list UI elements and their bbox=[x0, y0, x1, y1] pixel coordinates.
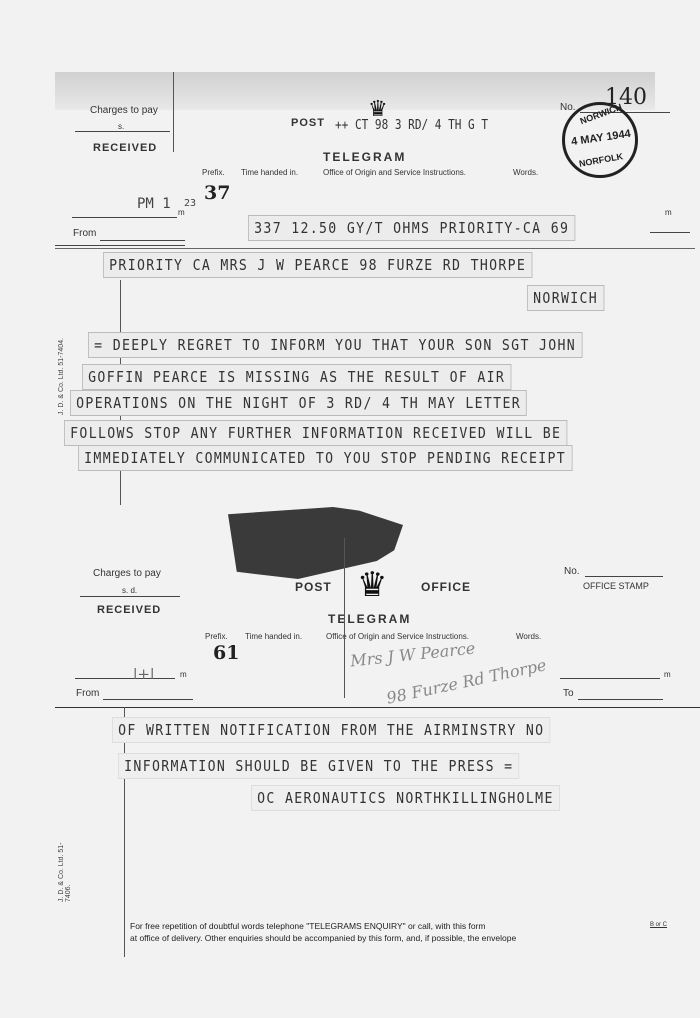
m-label-right-2: m bbox=[664, 670, 671, 679]
time-m: m bbox=[178, 208, 185, 217]
from-label: From bbox=[73, 228, 96, 239]
time-handed-in-label: Time handed in. bbox=[241, 168, 298, 177]
form-divider bbox=[55, 707, 700, 708]
s-d-label: s. d. bbox=[122, 586, 137, 595]
crown-icon-2: ♛ bbox=[357, 568, 387, 602]
left-margin-line-2 bbox=[124, 707, 125, 957]
office-of-origin-label-2: Office of Origin and Service Instruction… bbox=[326, 632, 469, 641]
telegram-title-2: TELEGRAM bbox=[328, 612, 411, 626]
m-label-2: m bbox=[180, 670, 187, 679]
postmark-date: 4 MAY 1944 bbox=[568, 128, 633, 149]
footer-line-2: at office of delivery. Other enquiries s… bbox=[130, 933, 516, 943]
service-instructions: ++ CT 98 3 RD/ 4 TH G T bbox=[335, 118, 488, 133]
continued-line-1: OF WRITTEN NOTIFICATION FROM THE AIRMINS… bbox=[112, 717, 551, 743]
prefix-label: Prefix. bbox=[202, 168, 225, 177]
post-label-2: POST bbox=[295, 580, 332, 594]
body-line-1: = DEEPLY REGRET TO INFORM YOU THAT YOUR … bbox=[88, 332, 582, 358]
charges-to-pay-label: Charges to pay bbox=[90, 105, 158, 116]
time-handed-in-label-2: Time handed in. bbox=[245, 632, 302, 641]
printer-mark-bottom: J. D. & Co. Ltd. 51-7406. bbox=[58, 832, 72, 902]
received-label-2: RECEIVED bbox=[97, 604, 161, 616]
post-label: POST bbox=[291, 117, 325, 129]
address-divider bbox=[55, 248, 695, 249]
time-handed-in: PM 1 bbox=[137, 196, 171, 212]
postmark-stamp: NORWICH 4 MAY 1944 NORFOLK bbox=[562, 102, 638, 178]
time-line-2 bbox=[75, 678, 175, 679]
from-line-2 bbox=[103, 699, 193, 700]
telegram-document: Charges to pay s. RECEIVED POST ♛ TELEGR… bbox=[0, 0, 700, 1018]
postmark-place-bottom: NORFOLK bbox=[571, 150, 632, 170]
body-line-5: IMMEDIATELY COMMUNICATED TO YOU STOP PEN… bbox=[78, 445, 572, 471]
time-line bbox=[72, 217, 177, 218]
right-line bbox=[650, 232, 690, 233]
body-line-2: GOFFIN PEARCE IS MISSING AS THE RESULT O… bbox=[82, 364, 511, 390]
center-divider bbox=[344, 538, 345, 698]
prefix-label-2: Prefix. bbox=[205, 632, 228, 641]
message-header-tape: 337 12.50 GY/T OHMS PRIORITY-CA 69 bbox=[248, 215, 575, 241]
body-line-3: OPERATIONS ON THE NIGHT OF 3 RD/ 4 TH MA… bbox=[70, 390, 527, 416]
footer-code: B or C bbox=[650, 922, 667, 928]
office-label-2: OFFICE bbox=[421, 580, 471, 594]
received-label: RECEIVED bbox=[93, 142, 157, 154]
footer-line-1: For free repetition of doubtful words te… bbox=[130, 921, 485, 931]
printer-mark-top: J. D. & Co. Ltd. 51-7404. bbox=[58, 325, 65, 415]
charges-line-2 bbox=[80, 596, 180, 597]
divider bbox=[173, 72, 174, 152]
office-stamp-label: OFFICE STAMP bbox=[583, 581, 649, 591]
prefix-value-2: 61 bbox=[213, 642, 239, 664]
to-label: To bbox=[563, 688, 574, 699]
body-line-4: FOLLOWS STOP ANY FURTHER INFORMATION REC… bbox=[64, 420, 567, 446]
from-label-2: From bbox=[76, 688, 99, 699]
handwritten-name: Mrs J W Pearce bbox=[349, 638, 476, 670]
words-label: Words. bbox=[513, 168, 538, 177]
words-label-2: Words. bbox=[516, 632, 541, 641]
from-line bbox=[100, 240, 185, 241]
to-m-line bbox=[560, 678, 660, 679]
address-line-2: NORWICH bbox=[527, 285, 604, 311]
continued-line-2: INFORMATION SHOULD BE GIVEN TO THE PRESS… bbox=[118, 753, 520, 779]
no-line-2 bbox=[585, 576, 663, 577]
time-scribble-2: ǀ+ǀ bbox=[133, 665, 154, 683]
telegram-title: TELEGRAM bbox=[323, 150, 406, 164]
s-label: s. bbox=[118, 122, 124, 131]
address-line-1: PRIORITY CA MRS J W PEARCE 98 FURZE RD T… bbox=[103, 252, 532, 278]
m-suffix: m bbox=[665, 208, 672, 217]
charges-line bbox=[75, 131, 170, 132]
time-minutes: 23 bbox=[184, 198, 196, 209]
to-line bbox=[578, 699, 663, 700]
from-baseline bbox=[55, 245, 185, 246]
charges-to-pay-label-2: Charges to pay bbox=[93, 568, 161, 579]
no-label-2: No. bbox=[564, 566, 580, 577]
office-of-origin-label: Office of Origin and Service Instruction… bbox=[323, 168, 466, 177]
signature-line: OC AERONAUTICS NORTHKILLINGHOLME bbox=[251, 785, 560, 811]
prefix-value: 37 bbox=[204, 182, 230, 204]
